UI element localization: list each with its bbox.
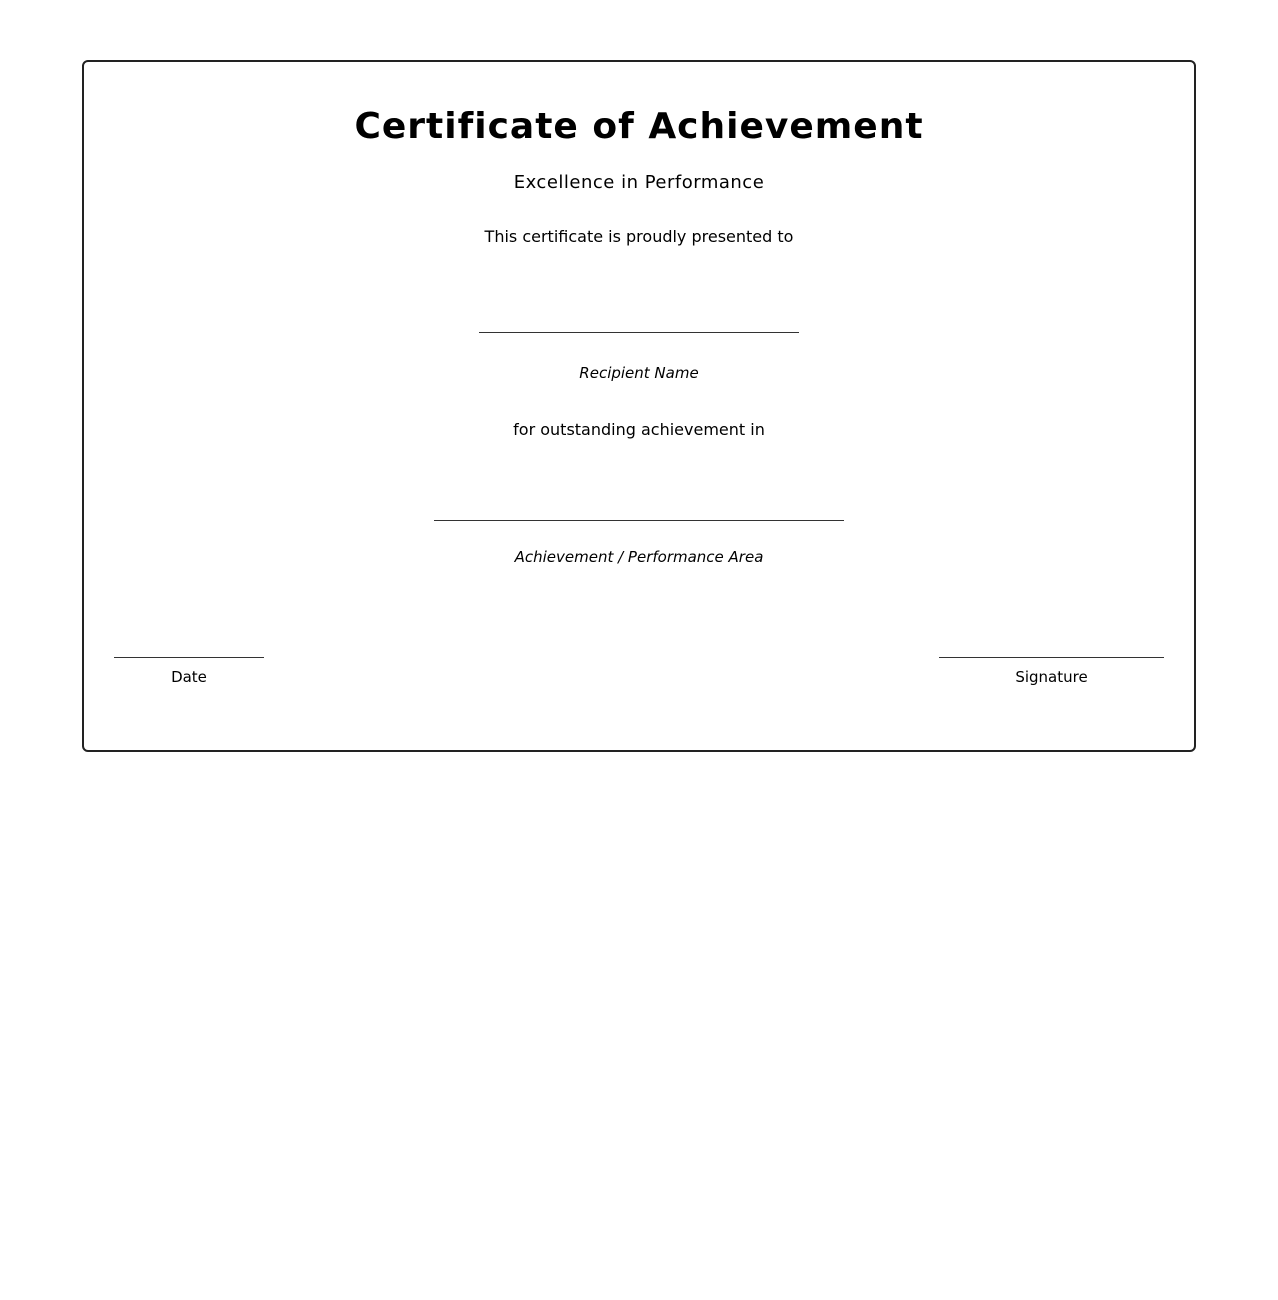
- certificate-title: Certificate of Achievement: [84, 106, 1194, 147]
- signature-label: Signature: [939, 668, 1164, 686]
- date-label: Date: [114, 668, 264, 686]
- achievement-intro-text: for outstanding achievement in: [84, 420, 1194, 439]
- recipient-name-label: Recipient Name: [84, 364, 1194, 382]
- presentation-text: This certificate is proudly presented to: [84, 227, 1194, 246]
- certificate-subtitle: Excellence in Performance: [84, 172, 1194, 193]
- achievement-area-label: Achievement / Performance Area: [84, 548, 1194, 566]
- date-line: [114, 657, 264, 658]
- signature-line: [939, 657, 1164, 658]
- certificate-card: Certificate of Achievement Excellence in…: [82, 60, 1196, 752]
- achievement-area-line: [434, 520, 844, 521]
- recipient-name-line: [479, 332, 799, 333]
